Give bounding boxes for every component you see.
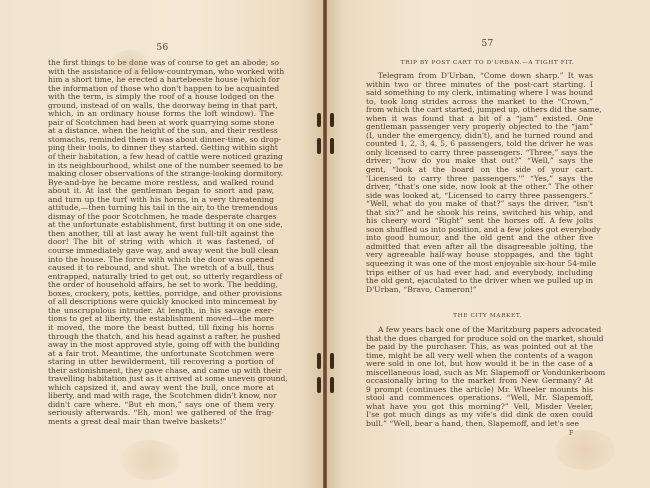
paper-stain	[555, 430, 615, 470]
running-head: TRIP BY POST CART TO D'URBAN.—A TIGHT FI…	[325, 60, 650, 66]
binding-stitch	[330, 377, 334, 393]
text-line: ments a great deal mair than twelve bask…	[48, 418, 274, 427]
section-heading-city-market: THE CITY MARKET.	[325, 313, 650, 319]
binding-stitch	[317, 353, 321, 369]
binding-stitch	[330, 353, 334, 369]
left-page: 56 the first things to be done was of co…	[0, 0, 325, 488]
binding-stitch	[317, 138, 321, 154]
binding-stitch	[330, 113, 334, 127]
text-line: D'Urban, “Bravo, Cameron!”	[366, 286, 593, 295]
right-page: 57 TRIP BY POST CART TO D'URBAN.—A TIGHT…	[325, 0, 650, 488]
page-number-left: 56	[0, 43, 325, 53]
section-market-body: A few years back one of the Maritzburg p…	[366, 326, 593, 429]
paper-stain	[110, 50, 150, 80]
section-trip-body: Telegram from D'Urban, “Come down sharp.…	[366, 72, 593, 294]
binding-stitch	[317, 377, 321, 393]
book-spread: 56 the first things to be done was of co…	[0, 0, 650, 488]
paper-stain	[120, 440, 180, 480]
binding-stitch	[317, 113, 321, 127]
page-number-right: 57	[325, 39, 650, 49]
book-gutter	[323, 0, 327, 488]
binding-stitch	[330, 138, 334, 154]
left-page-body: the first things to be done was of cours…	[48, 59, 274, 427]
text-line: bull.” “Well, bear a hand, then, Slapemo…	[366, 420, 593, 429]
